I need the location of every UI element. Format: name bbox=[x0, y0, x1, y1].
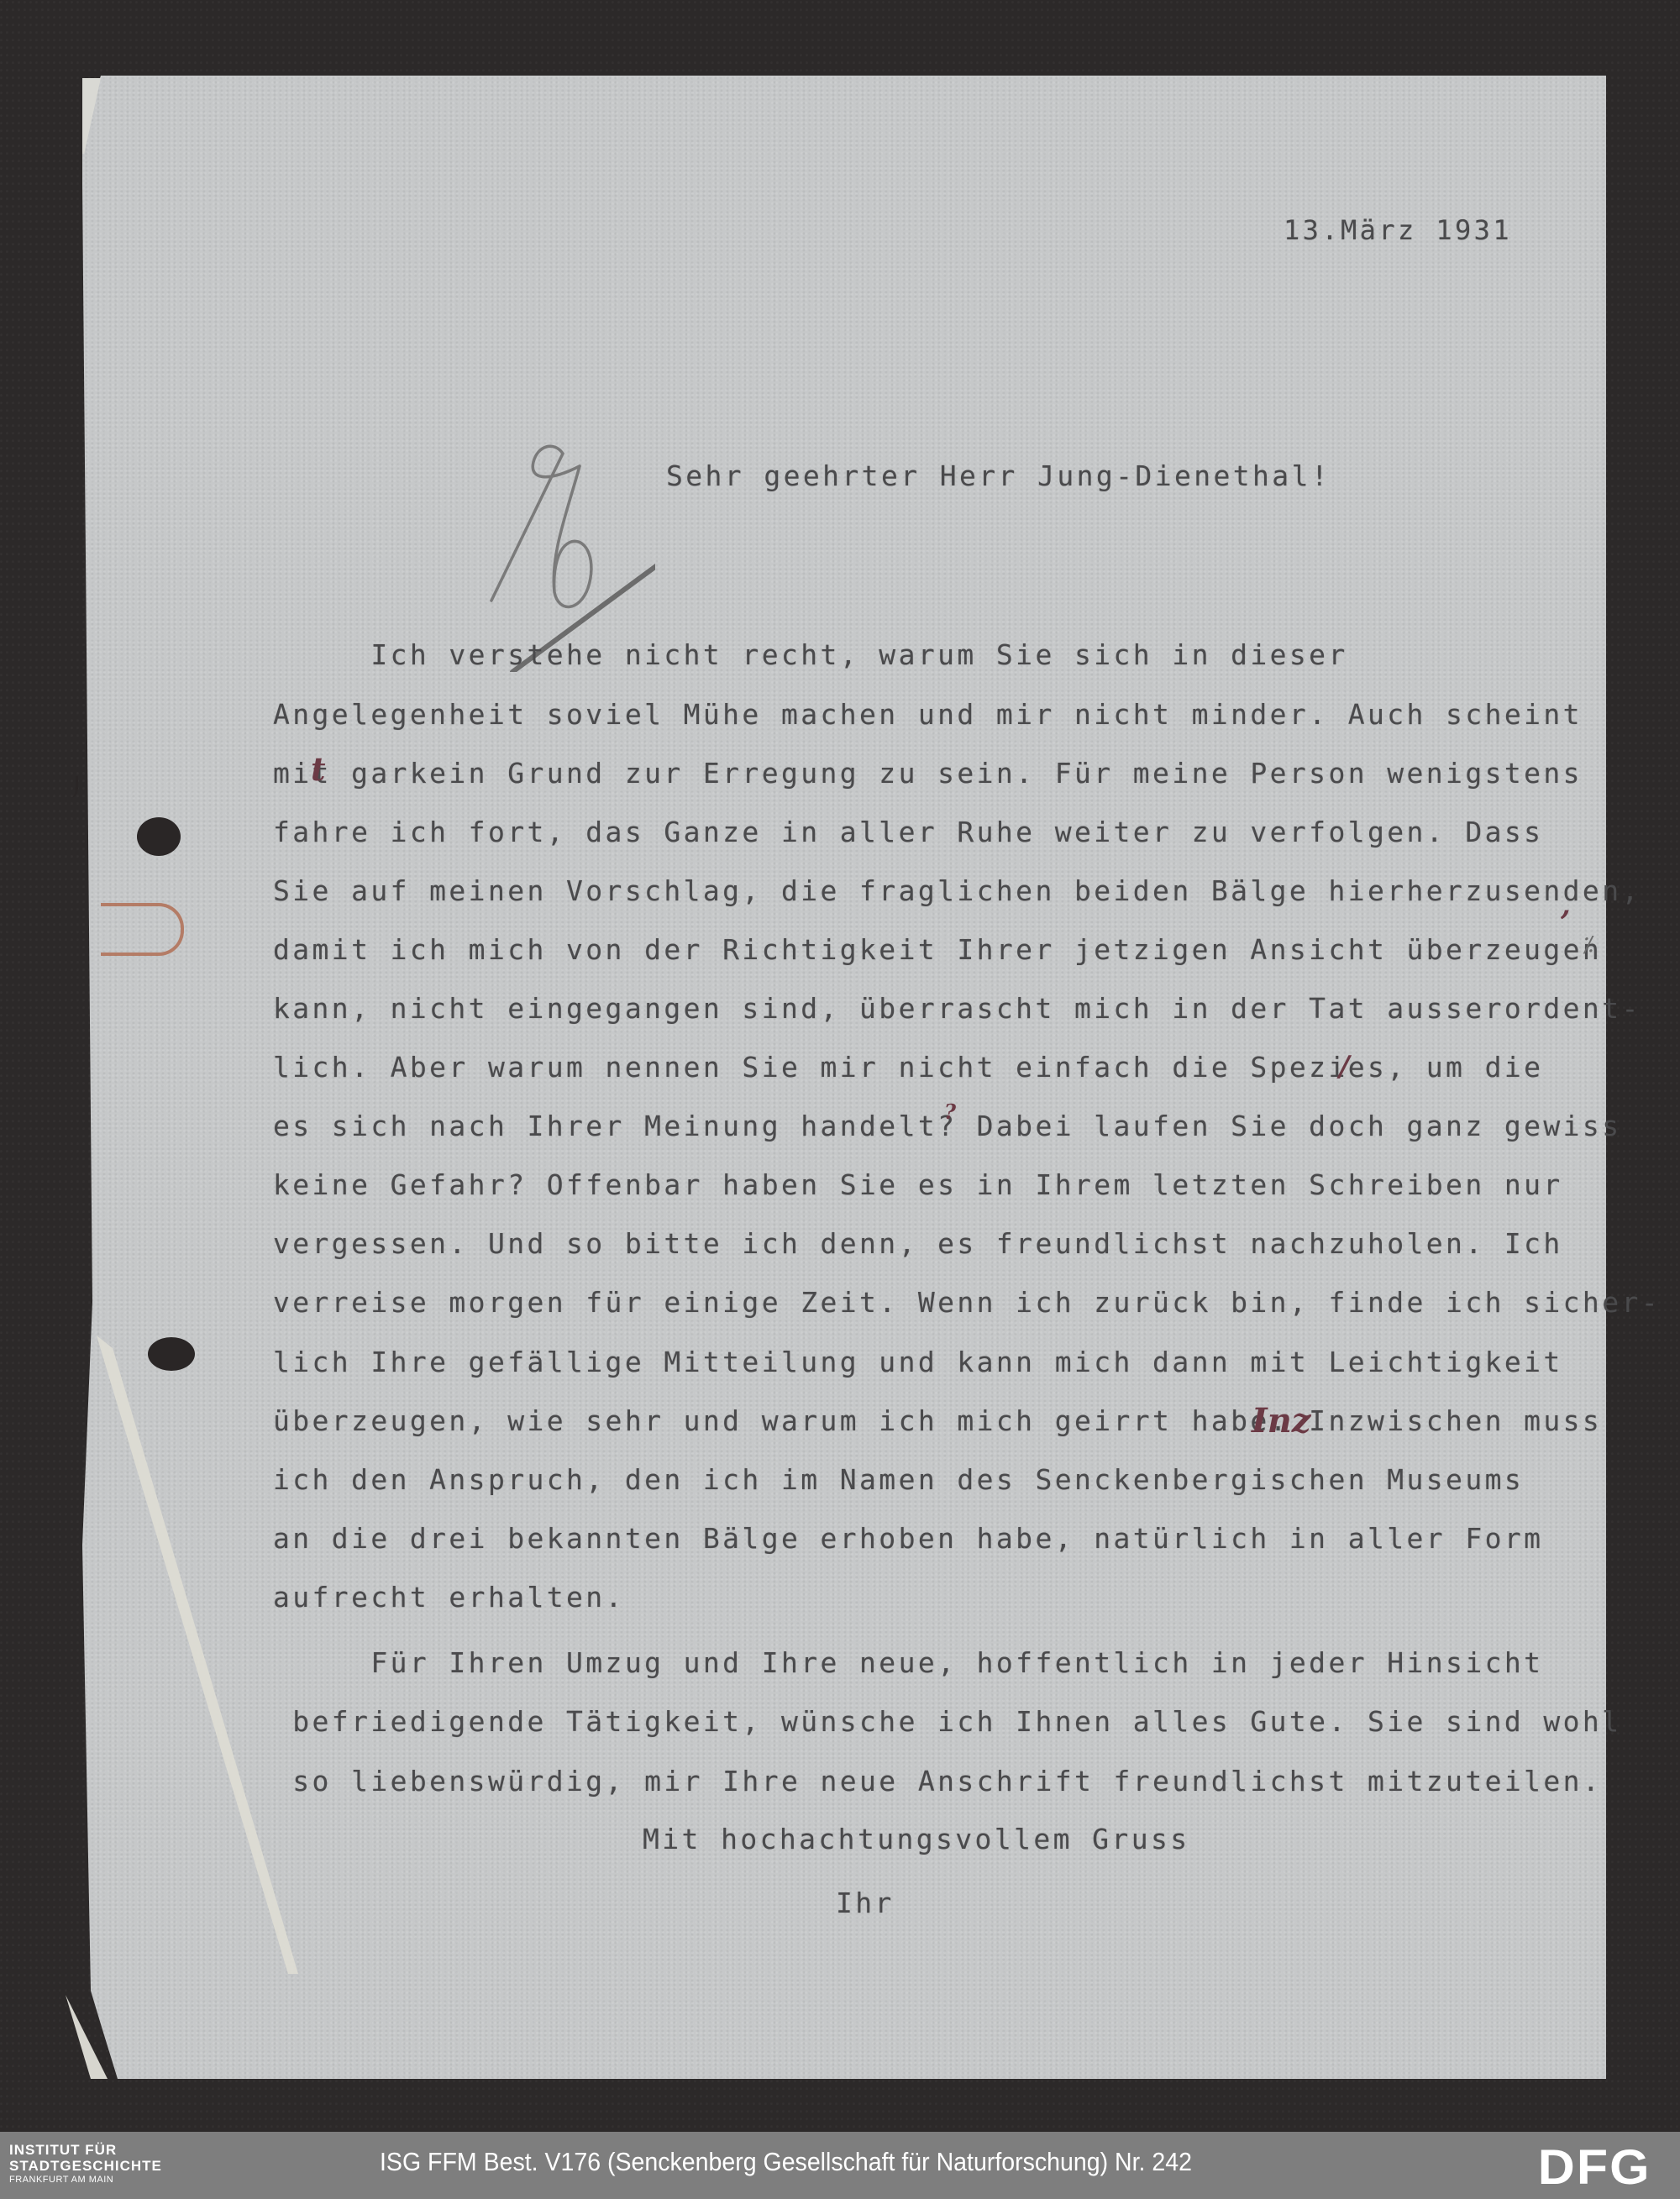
paper-edge-tear bbox=[64, 776, 78, 798]
pencil-initials-icon bbox=[454, 420, 655, 672]
institute-location: FRANKFURT AM MAIN bbox=[9, 2175, 162, 2185]
ink-correction: / bbox=[1339, 1050, 1349, 1084]
salutation: Sehr geehrter Herr Jung-Dienethal! bbox=[666, 462, 1331, 490]
closing-phrase: Mit hochachtungsvollem Gruss bbox=[643, 1825, 1190, 1853]
body-line: kann, nicht eingegangen sind, überrascht… bbox=[273, 995, 1641, 1022]
body-line: ich den Anspruch, den ich im Namen des S… bbox=[273, 1466, 1524, 1493]
body-line: keine Gefahr? Offenbar haben Sie es in I… bbox=[273, 1171, 1563, 1199]
body-line: lich Ihre gefällige Mitteilung und kann … bbox=[273, 1348, 1563, 1376]
ink-correction: t bbox=[311, 750, 326, 788]
archive-footer-bar: INSTITUT FÜR STADTGESCHICHTE FRANKFURT A… bbox=[0, 2132, 1680, 2199]
body-line: lich. Aber warum nennen Sie mir nicht ei… bbox=[273, 1053, 1543, 1081]
body-line: befriedigende Tätigkeit, wünsche ich Ihn… bbox=[273, 1708, 1621, 1735]
ink-correction: Inz bbox=[1252, 1401, 1311, 1441]
margin-scribble-icon: ⁒ bbox=[1583, 932, 1593, 958]
body-line: fahre ich fort, das Ganze in aller Ruhe … bbox=[273, 818, 1543, 846]
dfg-logo: DFG bbox=[1538, 2144, 1651, 2192]
punch-hole-icon bbox=[148, 1337, 195, 1371]
body-line: an die drei bekannten Bälge erhoben habe… bbox=[273, 1525, 1543, 1552]
body-line: Ich verstehe nicht recht, warum Sie sich… bbox=[273, 641, 1348, 669]
red-crayon-margin-mark bbox=[101, 903, 184, 956]
letter-date: 13.März 1931 bbox=[1284, 217, 1512, 244]
archive-reference-caption: ISG FFM Best. V176 (Senckenberg Gesellsc… bbox=[380, 2147, 1192, 2177]
institute-name-line2: STADTGESCHICHTE bbox=[9, 2159, 162, 2173]
body-line: Für Ihren Umzug und Ihre neue, hoffentli… bbox=[273, 1649, 1543, 1677]
body-line: aufrecht erhalten. bbox=[273, 1583, 625, 1611]
body-line: überzeugen, wie sehr und warum ich mich … bbox=[273, 1407, 1602, 1435]
ink-correction: ? bbox=[944, 1099, 956, 1124]
body-line: verreise morgen für einige Zeit. Wenn ic… bbox=[273, 1288, 1661, 1316]
institute-logo: INSTITUT FÜR STADTGESCHICHTE FRANKFURT A… bbox=[9, 2143, 162, 2185]
ink-correction: , bbox=[1561, 889, 1571, 922]
institute-name-line1: INSTITUT FÜR bbox=[9, 2143, 162, 2157]
body-line: damit ich mich von der Richtigkeit Ihrer… bbox=[273, 936, 1602, 963]
body-line: so liebenswürdig, mir Ihre neue Anschrif… bbox=[273, 1767, 1602, 1795]
body-line: Sie auf meinen Vorschlag, die fraglichen… bbox=[273, 877, 1641, 905]
punch-hole-icon bbox=[137, 817, 181, 856]
body-line: mit garkein Grund zur Erregung zu sein. … bbox=[273, 759, 1583, 787]
signature-line: Ihr bbox=[836, 1889, 895, 1917]
body-line: Angelegenheit soviel Mühe machen und mir… bbox=[273, 701, 1583, 728]
body-line: vergessen. Und so bitte ich denn, es fre… bbox=[273, 1230, 1563, 1257]
